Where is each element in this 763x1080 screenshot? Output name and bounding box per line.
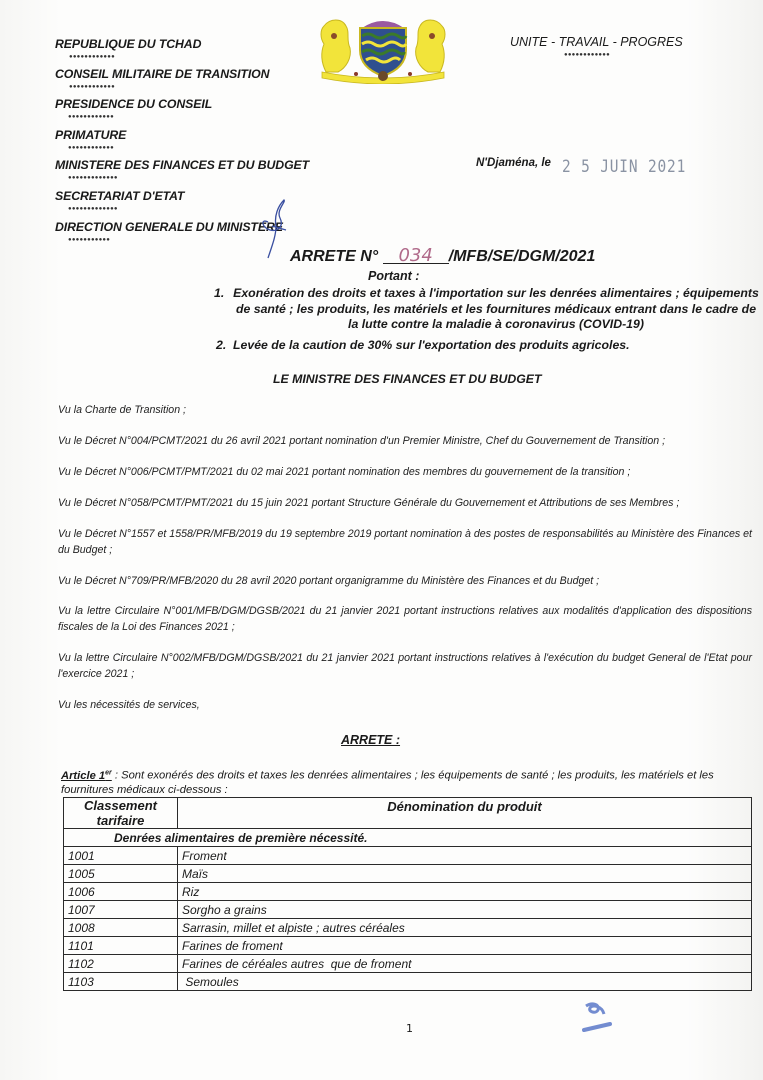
table-row: 1005Maïs <box>64 865 752 883</box>
product-name: Maïs <box>178 865 752 883</box>
tariff-code: 1005 <box>64 865 178 883</box>
header-line: PRIMATURE <box>55 128 126 142</box>
table-header-product: Dénomination du produit <box>178 798 752 829</box>
portant-label: Portant : <box>368 269 419 283</box>
header-separator: ●●●●●●●●●●●● <box>69 84 115 90</box>
national-motto: UNITE - TRAVAIL - PROGRES <box>510 35 683 49</box>
product-name: Riz <box>178 883 752 901</box>
coat-of-arms-icon <box>316 14 450 84</box>
date-stamp: 2 5 JUIN 2021 <box>562 157 686 177</box>
tariff-code: 1103 <box>64 973 178 991</box>
header-line: MINISTERE DES FINANCES ET DU BUDGET <box>55 158 309 172</box>
header-line: DIRECTION GENERALE DU MINISTERE <box>55 220 283 234</box>
signature-mark-icon <box>258 196 292 265</box>
header-separator: ●●●●●●●●●●●●● <box>68 206 118 212</box>
tariff-code: 1008 <box>64 919 178 937</box>
motto-separator: ●●●●●●●●●●●● <box>564 52 610 58</box>
visa-1: Vu la Charte de Transition ; <box>58 402 752 418</box>
decree-number-handwritten: 034 <box>383 249 449 264</box>
header-separator: ●●●●●●●●●●●●● <box>68 175 118 181</box>
table-section-row: Denrées alimentaires de première nécessi… <box>64 829 752 847</box>
product-table: Classementtarifaire Dénomination du prod… <box>63 797 752 991</box>
table-row: 1102Farines de céréales autres que de fr… <box>64 955 752 973</box>
header-separator: ●●●●●●●●●●● <box>68 237 110 243</box>
section-label: Denrées alimentaires de première nécessi… <box>64 829 752 847</box>
header-line: CONSEIL MILITAIRE DE TRANSITION <box>55 67 269 81</box>
header-line: SECRETARIAT D'ETAT <box>55 189 184 203</box>
header-separator: ●●●●●●●●●●●● <box>69 54 115 60</box>
decree-title: ARRETE N° 034/MFB/SE/DGM/2021 <box>290 248 595 266</box>
product-name: Farines de céréales autres que de fromen… <box>178 955 752 973</box>
table-row: 1001Froment <box>64 847 752 865</box>
page-number: 1 <box>406 1022 413 1035</box>
header-line: PRESIDENCE DU CONSEIL <box>55 97 212 111</box>
document-page: REPUBLIQUE DU TCHAD●●●●●●●●●●●●CONSEIL M… <box>0 0 763 1080</box>
table-header-tariff: Classementtarifaire <box>64 798 178 829</box>
visa-3: Vu le Décret N°006/PCMT/PMT/2021 du 02 m… <box>58 464 752 480</box>
authority-heading: LE MINISTRE DES FINANCES ET DU BUDGET <box>273 372 542 386</box>
tariff-code: 1102 <box>64 955 178 973</box>
product-name: Sarrasin, millet et alpiste ; autres cér… <box>178 919 752 937</box>
visa-7: Vu la lettre Circulaire N°001/MFB/DGM/DG… <box>58 603 752 635</box>
visa-4: Vu le Décret N°058/PCMT/PMT/2021 du 15 j… <box>58 495 752 511</box>
visa-5: Vu le Décret N°1557 et 1558/PR/MFB/2019 … <box>58 526 752 558</box>
visa-9: Vu les nécessités de services, <box>58 697 752 713</box>
product-name: Sorgho a grains <box>178 901 752 919</box>
product-name: Froment <box>178 847 752 865</box>
header-separator: ●●●●●●●●●●●● <box>68 114 114 120</box>
product-name: Semoules <box>178 973 752 991</box>
visa-8: Vu la lettre Circulaire N°002/MFB/DGM/DG… <box>58 650 752 682</box>
tariff-code: 1007 <box>64 901 178 919</box>
decree-object-1: 1. Exonération des droits et taxes à l'i… <box>214 286 759 333</box>
table-row: 1103 Semoules <box>64 973 752 991</box>
table-row: 1008Sarrasin, millet et alpiste ; autres… <box>64 919 752 937</box>
initials-icon <box>578 1000 618 1039</box>
place-label: N'Djaména, le <box>476 157 551 169</box>
table-row: 1007Sorgho a grains <box>64 901 752 919</box>
decree-object-2: 2. Levée de la caution de 30% sur l'expo… <box>216 338 761 354</box>
table-row: 1101Farines de froment <box>64 937 752 955</box>
visa-6: Vu le Décret N°709/PR/MFB/2020 du 28 avr… <box>58 573 752 589</box>
decree-suffix: /MFB/SE/DGM/2021 <box>449 248 596 265</box>
article-1: Article 1er : Sont exonérés des droits e… <box>61 766 755 797</box>
arrete-heading: ARRETE : <box>341 733 400 747</box>
tariff-code: 1006 <box>64 883 178 901</box>
visa-2: Vu le Décret N°004/PCMT/2021 du 26 avril… <box>58 433 752 449</box>
tariff-code: 1001 <box>64 847 178 865</box>
header-separator: ●●●●●●●●●●●● <box>68 145 114 151</box>
table-row: 1006Riz <box>64 883 752 901</box>
tariff-code: 1101 <box>64 937 178 955</box>
header-line: REPUBLIQUE DU TCHAD <box>55 37 201 51</box>
decree-prefix: ARRETE N° <box>290 248 378 265</box>
product-name: Farines de froment <box>178 937 752 955</box>
article-1-label: Article 1er <box>61 770 112 782</box>
